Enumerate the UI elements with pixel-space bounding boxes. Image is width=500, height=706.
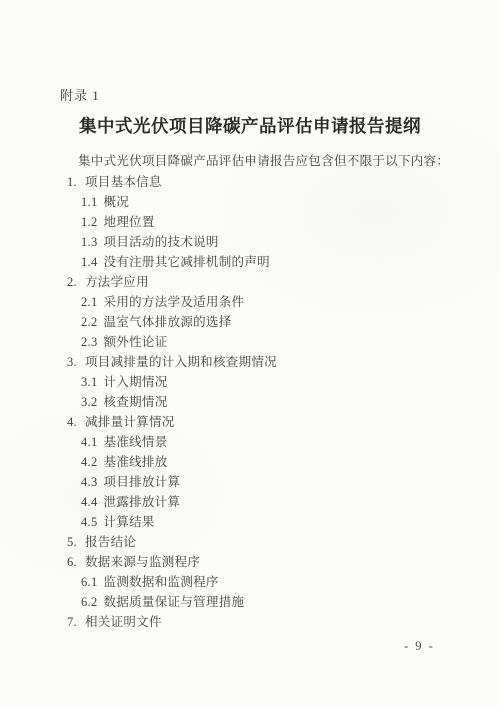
outline-item: 1.项目基本信息 — [0, 172, 500, 192]
outline-item-number: 3.1 — [81, 375, 98, 389]
page-number: - 9 - — [404, 639, 435, 654]
outline-item-label: 项目活动的技术说明 — [104, 235, 219, 249]
outline-item: 4.3项目排放计算 — [0, 472, 500, 492]
outline-item-label: 基准线情景 — [104, 435, 168, 449]
outline-item-number: 4.4 — [81, 495, 98, 509]
outline-item-number: 6. — [67, 555, 77, 569]
outline-item-label: 相关证明文件 — [85, 615, 162, 629]
outline-item: 4.减排量计算情况 — [0, 412, 500, 432]
outline-item-number: 4.1 — [81, 435, 98, 449]
outline-item: 3.项目减排量的计入期和核查期情况 — [0, 352, 500, 372]
outline-item-label: 采用的方法学及适用条件 — [104, 295, 245, 309]
outline-item-label: 项目排放计算 — [104, 475, 181, 489]
page-title: 集中式光伏项目降碳产品评估申请报告提纲 — [0, 113, 500, 138]
outline-list: 1.项目基本信息 1.1概况 1.2地理位置 1.3项目活动的技术说明 1.4没… — [0, 172, 500, 632]
outline-item: 3.1计入期情况 — [0, 372, 500, 392]
outline-item: 1.2地理位置 — [0, 212, 500, 232]
outline-item-label: 减排量计算情况 — [85, 415, 175, 429]
outline-item: 2.1采用的方法学及适用条件 — [0, 292, 500, 312]
outline-item-number: 2.1 — [81, 295, 98, 309]
outline-item-label: 监测数据和监测程序 — [104, 575, 219, 589]
outline-item: 6.2数据质量保证与管理措施 — [0, 592, 500, 612]
outline-item-label: 温室气体排放源的选择 — [104, 315, 232, 329]
outline-item-number: 2. — [67, 275, 77, 289]
outline-item-number: 1. — [67, 175, 77, 189]
outline-item: 4.2基准线排放 — [0, 452, 500, 472]
outline-item-label: 额外性论证 — [104, 335, 168, 349]
outline-item-label: 数据来源与监测程序 — [85, 555, 200, 569]
outline-item-label: 没有注册其它减排机制的声明 — [104, 255, 270, 269]
outline-item: 2.2温室气体排放源的选择 — [0, 312, 500, 332]
outline-item-number: 5. — [67, 535, 77, 549]
outline-item-number: 1.2 — [81, 215, 98, 229]
outline-item: 6.1监测数据和监测程序 — [0, 572, 500, 592]
outline-item-label: 项目减排量的计入期和核查期情况 — [85, 355, 277, 369]
outline-item-number: 2.3 — [81, 335, 98, 349]
outline-item-label: 数据质量保证与管理措施 — [104, 595, 245, 609]
outline-item-number: 3. — [67, 355, 77, 369]
outline-item: 4.4泄露排放计算 — [0, 492, 500, 512]
outline-item: 2.方法学应用 — [0, 272, 500, 292]
outline-item: 4.1基准线情景 — [0, 432, 500, 452]
outline-item-label: 项目基本信息 — [85, 175, 162, 189]
outline-item: 1.3项目活动的技术说明 — [0, 232, 500, 252]
outline-item-number: 4.2 — [81, 455, 98, 469]
outline-item-number: 2.2 — [81, 315, 98, 329]
appendix-label: 附录 1 — [60, 85, 100, 104]
outline-item-number: 1.3 — [81, 235, 98, 249]
outline-item-number: 4.3 — [81, 475, 98, 489]
outline-item: 1.4没有注册其它减排机制的声明 — [0, 252, 500, 272]
outline-item-number: 4. — [67, 415, 77, 429]
outline-item: 6.数据来源与监测程序 — [0, 552, 500, 572]
outline-item-number: 4.5 — [81, 515, 98, 529]
outline-item-label: 地理位置 — [104, 215, 155, 229]
outline-item-number: 6.1 — [81, 575, 98, 589]
outline-item-label: 计算结果 — [104, 515, 155, 529]
outline-item: 4.5计算结果 — [0, 512, 500, 532]
outline-item-label: 计入期情况 — [104, 375, 168, 389]
outline-item: 7.相关证明文件 — [0, 612, 500, 632]
outline-item-number: 6.2 — [81, 595, 98, 609]
outline-item-label: 概况 — [104, 195, 130, 209]
outline-item-number: 3.2 — [81, 395, 98, 409]
outline-item-label: 方法学应用 — [85, 275, 149, 289]
outline-item-number: 1.1 — [81, 195, 98, 209]
outline-item: 5.报告结论 — [0, 532, 500, 552]
outline-item-label: 报告结论 — [85, 535, 136, 549]
outline-item-number: 7. — [67, 615, 77, 629]
outline-item-label: 泄露排放计算 — [104, 495, 181, 509]
outline-item-label: 基准线排放 — [104, 455, 168, 469]
outline-item: 1.1概况 — [0, 192, 500, 212]
outline-item: 2.3额外性论证 — [0, 332, 500, 352]
outline-item: 3.2核查期情况 — [0, 392, 500, 412]
intro-paragraph: 集中式光伏项目降碳产品评估申请报告应包含但不限于以下内容： — [78, 151, 449, 169]
document-page: 附录 1 集中式光伏项目降碳产品评估申请报告提纲 集中式光伏项目降碳产品评估申请… — [0, 0, 500, 706]
outline-item-label: 核查期情况 — [104, 395, 168, 409]
outline-item-number: 1.4 — [81, 255, 98, 269]
